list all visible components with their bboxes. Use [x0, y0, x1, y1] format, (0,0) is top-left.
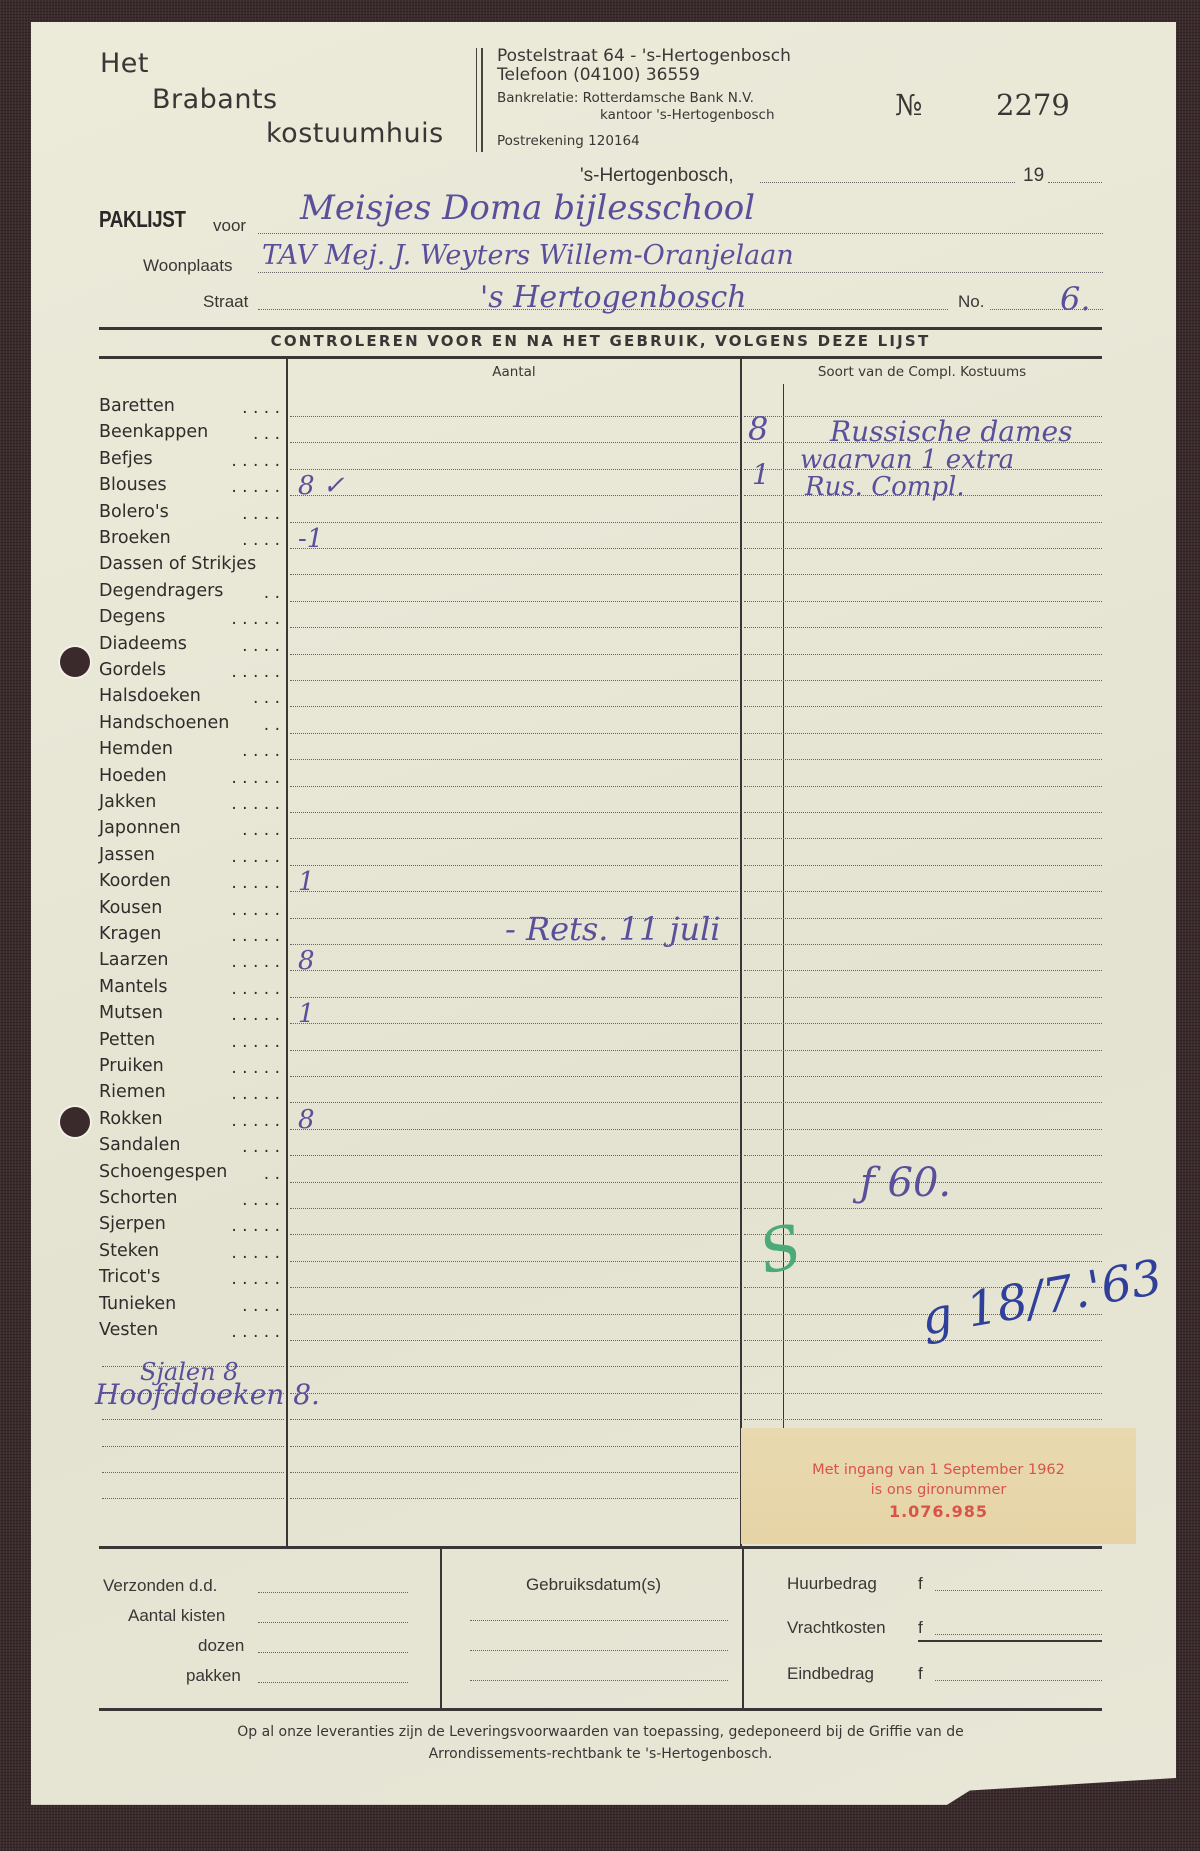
aantal-field[interactable] [290, 416, 738, 417]
item-leader-dots: . . . . [190, 1190, 280, 1210]
document-number: 2279 [996, 88, 1070, 122]
bank-branch: kantoor 's-Hertogenbosch [600, 107, 775, 124]
extra-aantal-field[interactable] [290, 1393, 738, 1394]
aantal-field[interactable] [290, 970, 738, 971]
handwritten-quantity: 1 [298, 999, 315, 1029]
soort-field[interactable] [744, 706, 1102, 707]
soort-field[interactable] [744, 654, 1102, 655]
soort-field[interactable] [744, 1102, 1102, 1103]
column-header-aantal: Aantal [288, 364, 740, 380]
extra-aantal-field[interactable] [290, 1446, 738, 1447]
item-leader-dots: . . . . . [190, 477, 280, 497]
voor-field[interactable] [258, 233, 1103, 234]
aantal-field[interactable] [290, 759, 738, 760]
item-leader-dots: . . . . [190, 504, 280, 524]
item-label: Tunieken [99, 1296, 176, 1314]
aantal-field[interactable] [290, 891, 738, 892]
item-leader-dots: . . . . . [190, 1322, 280, 1342]
handwritten-straat: 's Hertogenbosch [480, 280, 747, 315]
extra-item-2: Hoofddoeken 8. [95, 1378, 320, 1411]
item-leader-dots: . . . . [190, 636, 280, 656]
aantal-field[interactable] [290, 1340, 738, 1341]
soort-field[interactable] [744, 812, 1102, 813]
punch-hole-top [60, 647, 90, 677]
item-label: Riemen [99, 1084, 166, 1102]
soort-field[interactable] [744, 1340, 1102, 1341]
extra-soort-field[interactable] [744, 1419, 1102, 1420]
header-divider [481, 48, 483, 152]
aantal-field[interactable] [290, 733, 738, 734]
logo-line-2: Brabants [152, 86, 278, 113]
handwritten-quantity: -1 [298, 524, 323, 554]
item-label: Vesten [99, 1322, 158, 1340]
aantal-field[interactable] [290, 1314, 738, 1315]
aantal-field[interactable] [290, 1023, 738, 1024]
item-leader-dots: . . . . . [190, 1058, 280, 1078]
aantal-field[interactable] [290, 654, 738, 655]
item-leader-dots: . . . . [190, 530, 280, 550]
aantal-field[interactable] [290, 601, 738, 602]
item-label: Mantels [99, 979, 168, 997]
item-leader-dots: . . [190, 1164, 280, 1184]
year-field[interactable] [1048, 182, 1102, 183]
huurbedrag-field[interactable] [935, 1590, 1102, 1591]
straat-label: Straat [203, 292, 248, 312]
item-leader-dots: . . . . [190, 398, 280, 418]
item-label: Dassen of Strikjes [99, 556, 256, 574]
soort-field[interactable] [744, 1050, 1102, 1051]
aantal-field[interactable] [290, 1208, 738, 1209]
extra-aantal-field[interactable] [290, 1366, 738, 1367]
soort-field[interactable] [744, 1155, 1102, 1156]
item-leader-dots: . . . . . [190, 979, 280, 999]
handwritten-house-no: 6. [1060, 280, 1091, 318]
aantal-field[interactable] [290, 469, 738, 470]
verzonden-field[interactable] [258, 1592, 408, 1593]
item-leader-dots: . . . . . [190, 926, 280, 946]
subtotal-rule [918, 1640, 1102, 1642]
extra-item-field[interactable] [102, 1498, 284, 1499]
aantal-field[interactable] [290, 548, 738, 549]
item-leader-dots: . . . . . [190, 873, 280, 893]
item-label: Sandalen [99, 1137, 180, 1155]
item-leader-dots: . . . . [190, 1137, 280, 1157]
sticker-line-2: is ons gironummer [741, 1482, 1136, 1498]
giro-number-sticker: Met ingang van 1 September 1962 is ons g… [741, 1428, 1136, 1544]
soort-field[interactable] [744, 733, 1102, 734]
year-prefix: 19 [1023, 165, 1044, 187]
pakken-label: pakken [186, 1666, 241, 1686]
company-address: Postelstraat 64 - 's-Hertogenbosch [497, 47, 791, 66]
aantal-field[interactable] [290, 1076, 738, 1077]
house-no-label: No. [958, 292, 984, 312]
gebruiksdatum-field-2[interactable] [470, 1650, 728, 1651]
item-leader-dots: . . . . . [190, 952, 280, 972]
item-label: Tricot's [99, 1269, 160, 1287]
item-label: Broeken [99, 530, 171, 548]
handwritten-quantity: 8 [298, 946, 315, 976]
soort-field[interactable] [744, 944, 1102, 945]
item-leader-dots: . . . . [190, 1296, 280, 1316]
aantal-field[interactable] [290, 680, 738, 681]
item-leader-dots: . . [190, 715, 280, 735]
item-label: Schorten [99, 1190, 177, 1208]
item-label: Koorden [99, 873, 171, 891]
dozen-field[interactable] [258, 1652, 408, 1653]
huurbedrag-currency: f [918, 1574, 923, 1594]
aantal-field[interactable] [290, 997, 738, 998]
aantal-kisten-label: Aantal kisten [128, 1606, 225, 1626]
item-label: Mutsen [99, 1005, 163, 1023]
aantal-field[interactable] [290, 1129, 738, 1130]
item-leader-dots: . . . . [190, 741, 280, 761]
item-leader-dots: . . . . . [190, 1032, 280, 1052]
soort-field[interactable] [744, 1023, 1102, 1024]
item-label: Degens [99, 609, 165, 627]
vrachtkosten-label: Vrachtkosten [787, 1618, 886, 1638]
item-leader-dots: . . . . . [190, 768, 280, 788]
item-label: Bolero's [99, 504, 169, 522]
kisten-field[interactable] [258, 1622, 408, 1623]
voor-label: voor [213, 216, 246, 236]
footer-line-2: Arrondissements-rechtbank te 's-Hertogen… [99, 1746, 1102, 1762]
aantal-field[interactable] [290, 865, 738, 866]
aantal-field[interactable] [290, 1102, 738, 1103]
summary-top-rule [99, 1546, 1102, 1549]
form-title: PAKLIJST [99, 206, 185, 233]
soort-field[interactable] [744, 548, 1102, 549]
handwritten-quantity: 8 [298, 1105, 315, 1135]
item-leader-dots: . . . . . [190, 794, 280, 814]
item-leader-dots: . . . . . [190, 451, 280, 471]
handwritten-quantity: 8 ✓ [298, 471, 345, 501]
item-leader-dots: . . . [190, 688, 280, 708]
item-label: Petten [99, 1032, 155, 1050]
item-label: Steken [99, 1243, 159, 1261]
item-label: Jakken [99, 794, 156, 812]
aantal-field[interactable] [290, 522, 738, 523]
soort-field[interactable] [744, 522, 1102, 523]
soort-field[interactable] [744, 1208, 1102, 1209]
aantal-field[interactable] [290, 1261, 738, 1262]
item-leader-dots: . . . . . [190, 900, 280, 920]
item-leader-dots: . . . . . [190, 1243, 280, 1263]
banner-top-rule [99, 327, 1102, 330]
eindbedrag-currency: f [918, 1664, 923, 1684]
logo-line-1: Het [100, 50, 149, 77]
number-symbol: № [895, 88, 922, 122]
amount-note: ƒ 60. [860, 1160, 951, 1206]
summary-rule-1 [440, 1548, 442, 1708]
item-label: Diadeems [99, 636, 187, 654]
soort-field[interactable] [744, 786, 1102, 787]
item-label: Hoeden [99, 768, 167, 786]
soort-field[interactable] [744, 997, 1102, 998]
column-header-soort: Soort van de Compl. Kostuums [742, 364, 1102, 380]
aantal-field[interactable] [290, 1234, 738, 1235]
soort-field[interactable] [744, 759, 1102, 760]
aantal-field[interactable] [290, 786, 738, 787]
eindbedrag-field[interactable] [935, 1680, 1102, 1681]
item-leader-dots: . . . [190, 424, 280, 444]
aantal-field[interactable] [290, 812, 738, 813]
aantal-field[interactable] [290, 1287, 738, 1288]
soort-left-rule [740, 358, 742, 1548]
eindbedrag-label: Eindbedrag [787, 1664, 874, 1684]
item-leader-dots: . . . . . [190, 1084, 280, 1104]
extra-aantal-field[interactable] [290, 1472, 738, 1473]
soort-line-2: waarvan 1 extra [800, 445, 1014, 475]
gebruiksdatum-label: Gebruiksdatum(s) [445, 1575, 742, 1595]
item-label: Kragen [99, 926, 161, 944]
handwritten-recipient: Meisjes Doma bijlesschool [300, 188, 755, 228]
item-label: Pruiken [99, 1058, 164, 1076]
aantal-field[interactable] [290, 574, 738, 575]
item-label: Hemden [99, 741, 173, 759]
extra-aantal-field[interactable] [290, 1419, 738, 1420]
item-label: Befjes [99, 451, 153, 469]
aantal-field[interactable] [290, 442, 738, 443]
item-label: Rokken [99, 1111, 163, 1129]
woonplaats-label: Woonplaats [143, 256, 232, 276]
soort-qty-2: 1 [752, 458, 770, 491]
verzonden-label: Verzonden d.d. [103, 1576, 217, 1596]
soort-field[interactable] [744, 1129, 1102, 1130]
woonplaats-field[interactable] [258, 272, 1103, 273]
item-leader-dots: . . . . . [190, 1111, 280, 1131]
item-label: Blouses [99, 477, 167, 495]
item-leader-dots: . . . . [190, 820, 280, 840]
footer-line-1: Op al onze leveranties zijn de Leverings… [99, 1724, 1102, 1740]
item-label: Japonnen [99, 820, 181, 838]
aantal-field[interactable] [290, 706, 738, 707]
soort-field[interactable] [744, 574, 1102, 575]
aantal-left-rule [286, 358, 288, 1546]
soort-field[interactable] [744, 891, 1102, 892]
footer-rule [99, 1708, 1102, 1711]
gebruiksdatum-field-3[interactable] [470, 1680, 728, 1681]
header-divider-thin [476, 48, 477, 152]
extra-aantal-field[interactable] [290, 1498, 738, 1499]
aantal-field[interactable] [290, 1155, 738, 1156]
company-phone: Telefoon (04100) 36559 [497, 66, 700, 85]
giro-number: 1.076.985 [741, 1502, 1136, 1521]
soort-field[interactable] [744, 838, 1102, 839]
item-label: Laarzen [99, 952, 168, 970]
soort-field[interactable] [744, 627, 1102, 628]
place-date-label: 's-Hertogenbosch, [580, 165, 734, 187]
extra-item-field[interactable] [102, 1472, 284, 1473]
soort-line-1: Russische dames [830, 415, 1072, 448]
date-field[interactable] [760, 182, 1015, 183]
pakken-field[interactable] [258, 1682, 408, 1683]
aantal-field[interactable] [290, 495, 738, 496]
dozen-label: dozen [198, 1636, 244, 1656]
control-banner: CONTROLEREN VOOR EN NA HET GEBRUIK, VOLG… [99, 332, 1102, 350]
huurbedrag-label: Huurbedrag [787, 1574, 877, 1594]
soort-field[interactable] [744, 1076, 1102, 1077]
soort-qty-1: 8 [748, 410, 768, 448]
item-label: Sjerpen [99, 1216, 166, 1234]
banner-bottom-rule [99, 356, 1102, 359]
item-label: Baretten [99, 398, 175, 416]
item-leader-dots: . . . . . [190, 1269, 280, 1289]
item-label: Jassen [99, 847, 155, 865]
item-leader-dots: . . . . . [190, 609, 280, 629]
soort-field[interactable] [744, 970, 1102, 971]
soort-field[interactable] [744, 865, 1102, 866]
item-leader-dots: . . [190, 583, 280, 603]
item-leader-dots: . . . . . [190, 662, 280, 682]
aantal-field[interactable] [290, 627, 738, 628]
gebruiksdatum-field-1[interactable] [470, 1620, 728, 1621]
handwritten-quantity: 1 [298, 867, 315, 897]
postal-account: Postrekening 120164 [497, 133, 640, 150]
soort-field[interactable] [744, 918, 1102, 919]
aantal-field[interactable] [290, 1050, 738, 1051]
punch-hole-bottom [60, 1107, 90, 1137]
handwritten-woonplaats: TAV Mej. J. Weyters Willem-Oranjelaan [262, 240, 794, 271]
soort-field[interactable] [744, 680, 1102, 681]
aantal-field[interactable] [290, 838, 738, 839]
item-leader-dots: . . . . . [190, 847, 280, 867]
vrachtkosten-field[interactable] [935, 1634, 1102, 1635]
item-label: Gordels [99, 662, 166, 680]
soort-field[interactable] [744, 601, 1102, 602]
aantal-field[interactable] [290, 1182, 738, 1183]
item-leader-dots: . . . . . [190, 1216, 280, 1236]
logo-line-3: kostuumhuis [266, 120, 444, 147]
sticker-line-1: Met ingang van 1 September 1962 [741, 1462, 1136, 1478]
bank-relation: Bankrelatie: Rotterdamsche Bank N.V. [497, 90, 754, 107]
soort-line-3: Rus. Compl. [805, 472, 965, 502]
extra-soort-field[interactable] [744, 1366, 1102, 1367]
item-label: Halsdoeken [99, 688, 201, 706]
extra-soort-field[interactable] [744, 1393, 1102, 1394]
summary-rule-2 [742, 1548, 744, 1708]
item-label: Kousen [99, 900, 162, 918]
extra-item-field[interactable] [102, 1419, 284, 1420]
extra-item-field[interactable] [102, 1446, 284, 1447]
handwritten-note-return: - Rets. 11 juli [505, 910, 721, 948]
item-leader-dots: . . . . . [190, 1005, 280, 1025]
vrachtkosten-currency: f [918, 1618, 923, 1638]
